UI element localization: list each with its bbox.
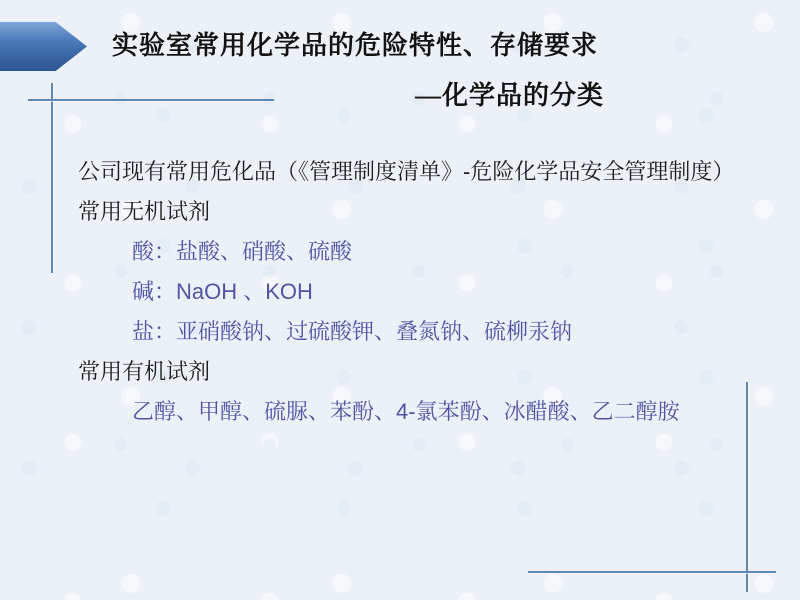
body-line-inorganic-heading: 常用无机试剂	[78, 190, 768, 230]
body-line-bases: 碱：NaOH 、KOH	[78, 270, 768, 310]
decor-line-bottom-right-horizontal	[528, 571, 776, 573]
body-line-salts: 盐：亚硝酸钠、过硫酸钾、叠氮钠、硫柳汞钠	[78, 310, 768, 350]
body-line-acids: 酸：盐酸、硝酸、硫酸	[78, 230, 768, 270]
decor-line-top-left-horizontal	[28, 99, 274, 101]
decor-line-top-left-vertical	[51, 83, 53, 273]
slide-subtitle: —化学品的分类	[415, 75, 604, 112]
slide-body: 公司现有常用危化品（《管理制度清单》-危险化学品安全管理制度） 常用无机试剂 酸…	[78, 150, 768, 430]
slide-canvas: 实验室常用化学品的危险特性、存储要求 —化学品的分类 公司现有常用危化品（《管理…	[0, 0, 800, 600]
body-line-intro: 公司现有常用危化品（《管理制度清单》-危险化学品安全管理制度）	[78, 150, 768, 190]
arrow-banner-icon	[0, 22, 87, 71]
body-line-organic-heading: 常用有机试剂	[78, 350, 768, 390]
slide-title: 实验室常用化学品的危险特性、存储要求	[112, 25, 598, 62]
body-line-organic-list: 乙醇、甲醇、硫脲、苯酚、4-氯苯酚、冰醋酸、乙二醇胺	[78, 390, 768, 430]
